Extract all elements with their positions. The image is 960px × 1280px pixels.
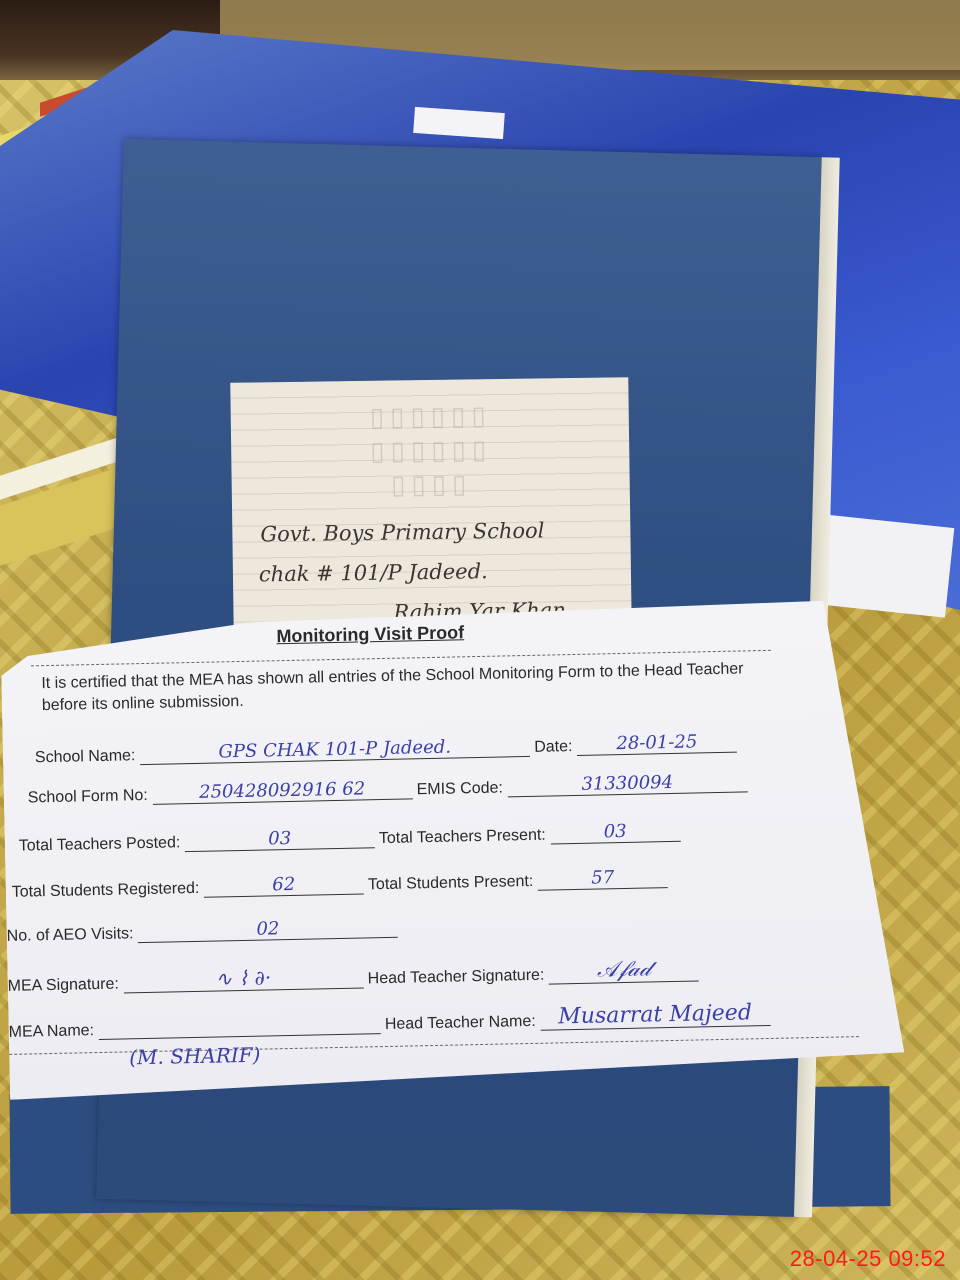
students-registered-value: 62 — [204, 872, 364, 897]
students-present-value: 57 — [538, 866, 668, 891]
teachers-row: Total Teachers Posted: 03 Total Teachers… — [19, 820, 681, 856]
signature-row: MEA Signature: ∿ ⌇ ∂· Head Teacher Signa… — [7, 955, 699, 995]
teachers-present-value: 03 — [550, 820, 680, 845]
mea-signature-label: MEA Signature: — [8, 976, 120, 995]
aeo-visits-value: 02 — [138, 916, 398, 943]
date-value: 28-01-25 — [577, 731, 737, 756]
school-form-no-label: School Form No: — [28, 787, 148, 807]
mea-signature-mark: ∿ ⌇ ∂· — [123, 963, 363, 993]
school-form-no-value: 250428092916 62 — [152, 777, 412, 804]
faded-label-text: ▯▯▯▯▯▯▯▯▯▯▯▯▯▯▯▯ — [311, 398, 552, 503]
head-teacher-signature-label: Head Teacher Signature: — [368, 967, 545, 988]
form-title: Monitoring Visit Proof — [276, 622, 464, 647]
emis-code-value: 31330094 — [507, 770, 747, 797]
aeo-visits-label: No. of AEO Visits: — [6, 925, 133, 945]
certification-statement: It is certified that the MEA has shown a… — [41, 658, 782, 717]
aeo-visits-row: No. of AEO Visits: 02 — [6, 916, 398, 946]
teachers-posted-label: Total Teachers Posted: — [19, 834, 181, 854]
emis-code-label: EMIS Code: — [416, 780, 503, 799]
mea-name-line — [99, 1033, 381, 1040]
school-name-label: School Name: — [35, 747, 136, 766]
label-school-line: Govt. Boys Primary School — [260, 518, 544, 546]
date-label: Date: — [534, 738, 573, 756]
students-registered-label: Total Students Registered: — [12, 880, 200, 901]
school-name-value: GPS CHAK 101-P Jadeed. — [140, 735, 530, 765]
label-chak-line: chak # 101/P Jadeed. — [259, 559, 488, 586]
form-no-row: School Form No: 250428092916 62 EMIS Cod… — [28, 770, 748, 807]
names-row: MEA Name: Head Teacher Name: Musarrat Ma… — [8, 1000, 770, 1042]
head-teacher-name-value: Musarrat Majeed — [540, 1000, 770, 1031]
teachers-present-label: Total Teachers Present: — [379, 827, 546, 847]
mea-name-value: (M. SHARIF) — [129, 1043, 261, 1070]
students-row: Total Students Registered: 62 Total Stud… — [11, 866, 667, 902]
head-teacher-name-label: Head Teacher Name: — [385, 1013, 536, 1033]
students-present-label: Total Students Present: — [368, 873, 534, 893]
head-teacher-signature-mark: 𝒜𝒻𝒶𝒹 — [549, 955, 700, 984]
monitoring-visit-proof-form: Monitoring Visit Proof It is certified t… — [0, 599, 905, 1100]
notebook-cover-label: ▯▯▯▯▯▯▯▯▯▯▯▯▯▯▯▯ Govt. Boys Primary Scho… — [230, 377, 631, 633]
mea-name-label: MEA Name: — [9, 1022, 95, 1041]
teachers-posted-value: 03 — [185, 826, 375, 852]
photo-timestamp: 28-04-25 09:52 — [790, 1246, 946, 1272]
school-name-row: School Name: GPS CHAK 101-P Jadeed. Date… — [35, 731, 737, 768]
